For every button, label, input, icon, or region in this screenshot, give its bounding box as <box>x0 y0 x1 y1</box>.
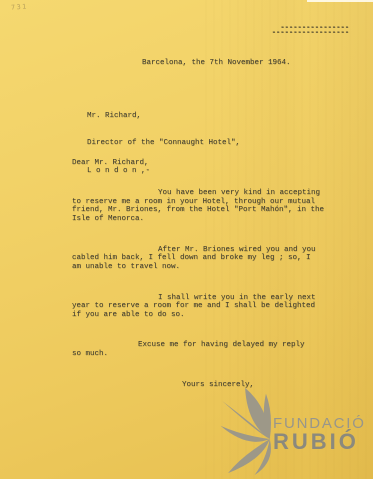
watermark-org-name-line2: RUBIÓ <box>273 431 359 453</box>
pencil-annotation: 731 <box>11 2 28 11</box>
letter-paragraph: After Mr. Briones wired you and you cabl… <box>72 246 334 272</box>
letter-signoff: Yours sincerely, <box>72 381 334 390</box>
letterhead-redaction-line: ------------------ <box>272 31 349 36</box>
paper-edge <box>307 0 373 2</box>
letter-paragraph: I shall write you in the early next year… <box>72 294 334 320</box>
letter-body: Dear Mr. Richard, You have been very kin… <box>72 142 334 407</box>
scanned-letter-page: 731 ---------------- ------------------ … <box>0 0 373 479</box>
letter-paragraph: You have been very kind in accepting to … <box>72 189 334 223</box>
salutation: Dear Mr. Richard, <box>72 159 334 168</box>
letter-paragraph: Excuse me for having delayed my reply so… <box>72 341 334 358</box>
letter-dateline: Barcelona, the 7th November 1964. <box>142 59 291 68</box>
fundacio-rubio-leaf-icon <box>218 386 276 476</box>
recipient-name: Mr. Richard, <box>87 112 240 121</box>
